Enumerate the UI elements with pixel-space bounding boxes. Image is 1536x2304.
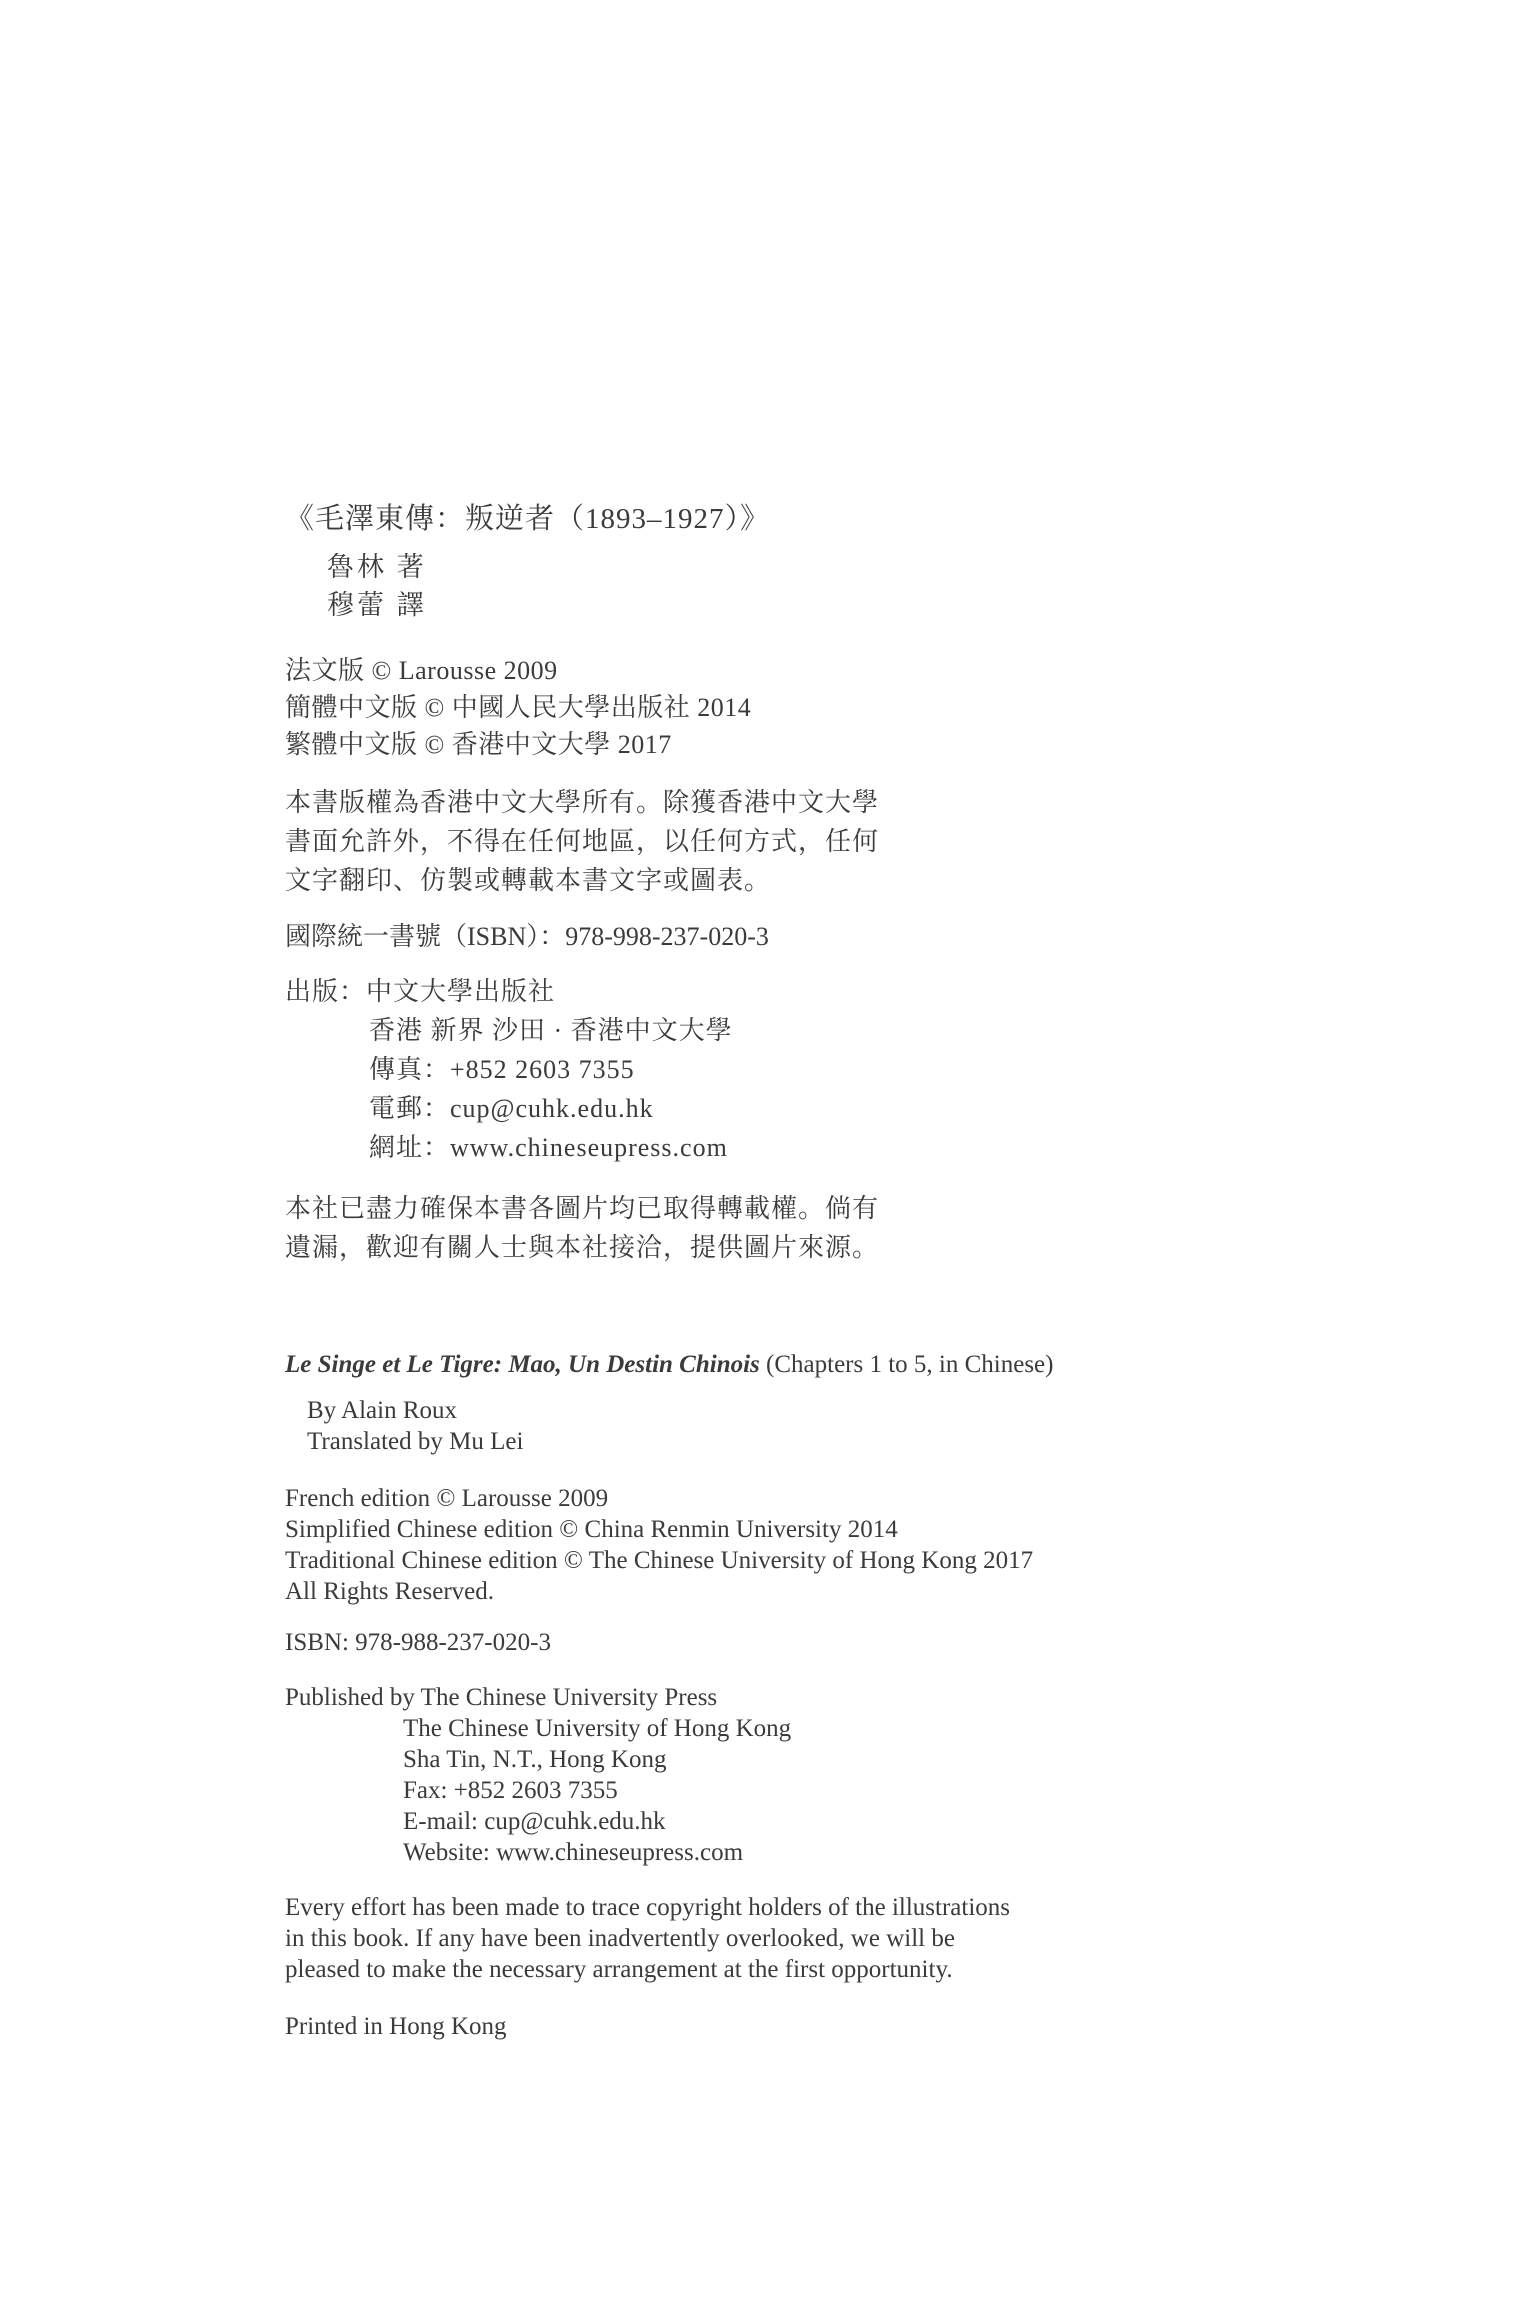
publisher-fax-chinese: 傳真：+852 2603 7355 [285, 1050, 1205, 1089]
isbn-line-chinese: 國際統一書號（ISBN）：978-998-237-020-3 [285, 918, 1205, 956]
copyright-page: 《毛澤東傳：叛逆者（1893–1927）》 魯林 著 穆蕾 譯 法文版 © La… [0, 0, 1536, 2304]
french-edition-line-chinese: 法文版 © Larousse 2009 [285, 652, 1205, 689]
simplified-edition-line-chinese: 簡體中文版 © 中國人民大學出版社 2014 [285, 689, 1205, 726]
french-edition-line-english: French edition © Larousse 2009 [285, 1483, 1205, 1514]
publisher-email-chinese: 電郵：cup@cuhk.edu.hk [285, 1089, 1205, 1128]
images-notice-line: pleased to make the necessary arrangemen… [285, 1954, 1205, 1985]
printed-in-line: Printed in Hong Kong [285, 2011, 1205, 2042]
simplified-edition-line-english: Simplified Chinese edition © China Renmi… [285, 1514, 1205, 1545]
publisher-block-english: Published by The Chinese University Pres… [285, 1682, 1205, 1868]
chinese-rights-notice: 本書版權為香港中文大學所有。除獲香港中文大學 書面允許外，不得在任何地區，以任何… [285, 783, 1205, 900]
publisher-name-chinese: 出版：中文大學出版社 [285, 972, 1205, 1011]
images-notice-english: Every effort has been made to trace copy… [285, 1892, 1205, 1985]
publisher-website-chinese: 網址：www.chineseupress.com [285, 1128, 1205, 1167]
rights-line: 本書版權為香港中文大學所有。除獲香港中文大學 [285, 783, 1205, 822]
chinese-edition-copyrights: 法文版 © Larousse 2009 簡體中文版 © 中國人民大學出版社 20… [285, 652, 1205, 763]
published-by-line: Published by The Chinese University Pres… [285, 1682, 1205, 1713]
images-notice-line: 本社已盡力確保本書各圖片均已取得轉載權。倘有 [285, 1189, 1205, 1228]
images-notice-chinese: 本社已盡力確保本書各圖片均已取得轉載權。倘有 遺漏，歡迎有關人士與本社接洽，提供… [285, 1189, 1205, 1267]
colophon-content: 《毛澤東傳：叛逆者（1893–1927）》 魯林 著 穆蕾 譯 法文版 © La… [285, 498, 1205, 2042]
isbn-line-english: ISBN: 978-988-237-020-3 [285, 1627, 1205, 1658]
publisher-university-line: The Chinese University of Hong Kong [285, 1713, 1205, 1744]
publisher-address-english: Sha Tin, N.T., Hong Kong [285, 1744, 1205, 1775]
book-title-english: Le Singe et Le Tigre: Mao, Un Destin Chi… [285, 1349, 1205, 1381]
traditional-edition-line-chinese: 繁體中文版 © 香港中文大學 2017 [285, 726, 1205, 763]
english-section: Le Singe et Le Tigre: Mao, Un Destin Chi… [285, 1349, 1205, 2042]
publisher-block-chinese: 出版：中文大學出版社 香港 新界 沙田 · 香港中文大學 傳真：+852 260… [285, 972, 1205, 1167]
images-notice-line: 遺漏，歡迎有關人士與本社接洽，提供圖片來源。 [285, 1228, 1205, 1267]
all-rights-reserved-line: All Rights Reserved. [285, 1576, 1205, 1607]
images-notice-line: in this book. If any have been inadverte… [285, 1923, 1205, 1954]
publisher-email-english: E-mail: cup@cuhk.edu.hk [285, 1806, 1205, 1837]
book-title-suffix: (Chapters 1 to 5, in Chinese) [760, 1351, 1054, 1378]
images-notice-line: Every effort has been made to trace copy… [285, 1892, 1205, 1923]
translator-line-english: Translated by Mu Lei [285, 1426, 1205, 1457]
english-credits: By Alain Roux Translated by Mu Lei [285, 1395, 1205, 1457]
traditional-edition-line-english: Traditional Chinese edition © The Chines… [285, 1545, 1205, 1576]
translator-line-chinese: 穆蕾 譯 [285, 586, 1205, 624]
book-title-french: Le Singe et Le Tigre: Mao, Un Destin Chi… [285, 1351, 760, 1378]
author-line-english: By Alain Roux [285, 1395, 1205, 1426]
chinese-credits: 魯林 著 穆蕾 譯 [285, 548, 1205, 624]
book-title-chinese: 《毛澤東傳：叛逆者（1893–1927）》 [285, 498, 1205, 540]
publisher-fax-english: Fax: +852 2603 7355 [285, 1775, 1205, 1806]
rights-line: 書面允許外，不得在任何地區，以任何方式，任何 [285, 822, 1205, 861]
english-edition-copyrights: French edition © Larousse 2009 Simplifie… [285, 1483, 1205, 1607]
rights-line: 文字翻印、仿製或轉載本書文字或圖表。 [285, 861, 1205, 900]
author-line-chinese: 魯林 著 [285, 548, 1205, 586]
publisher-address-chinese: 香港 新界 沙田 · 香港中文大學 [285, 1011, 1205, 1050]
publisher-website-english: Website: www.chineseupress.com [285, 1837, 1205, 1868]
